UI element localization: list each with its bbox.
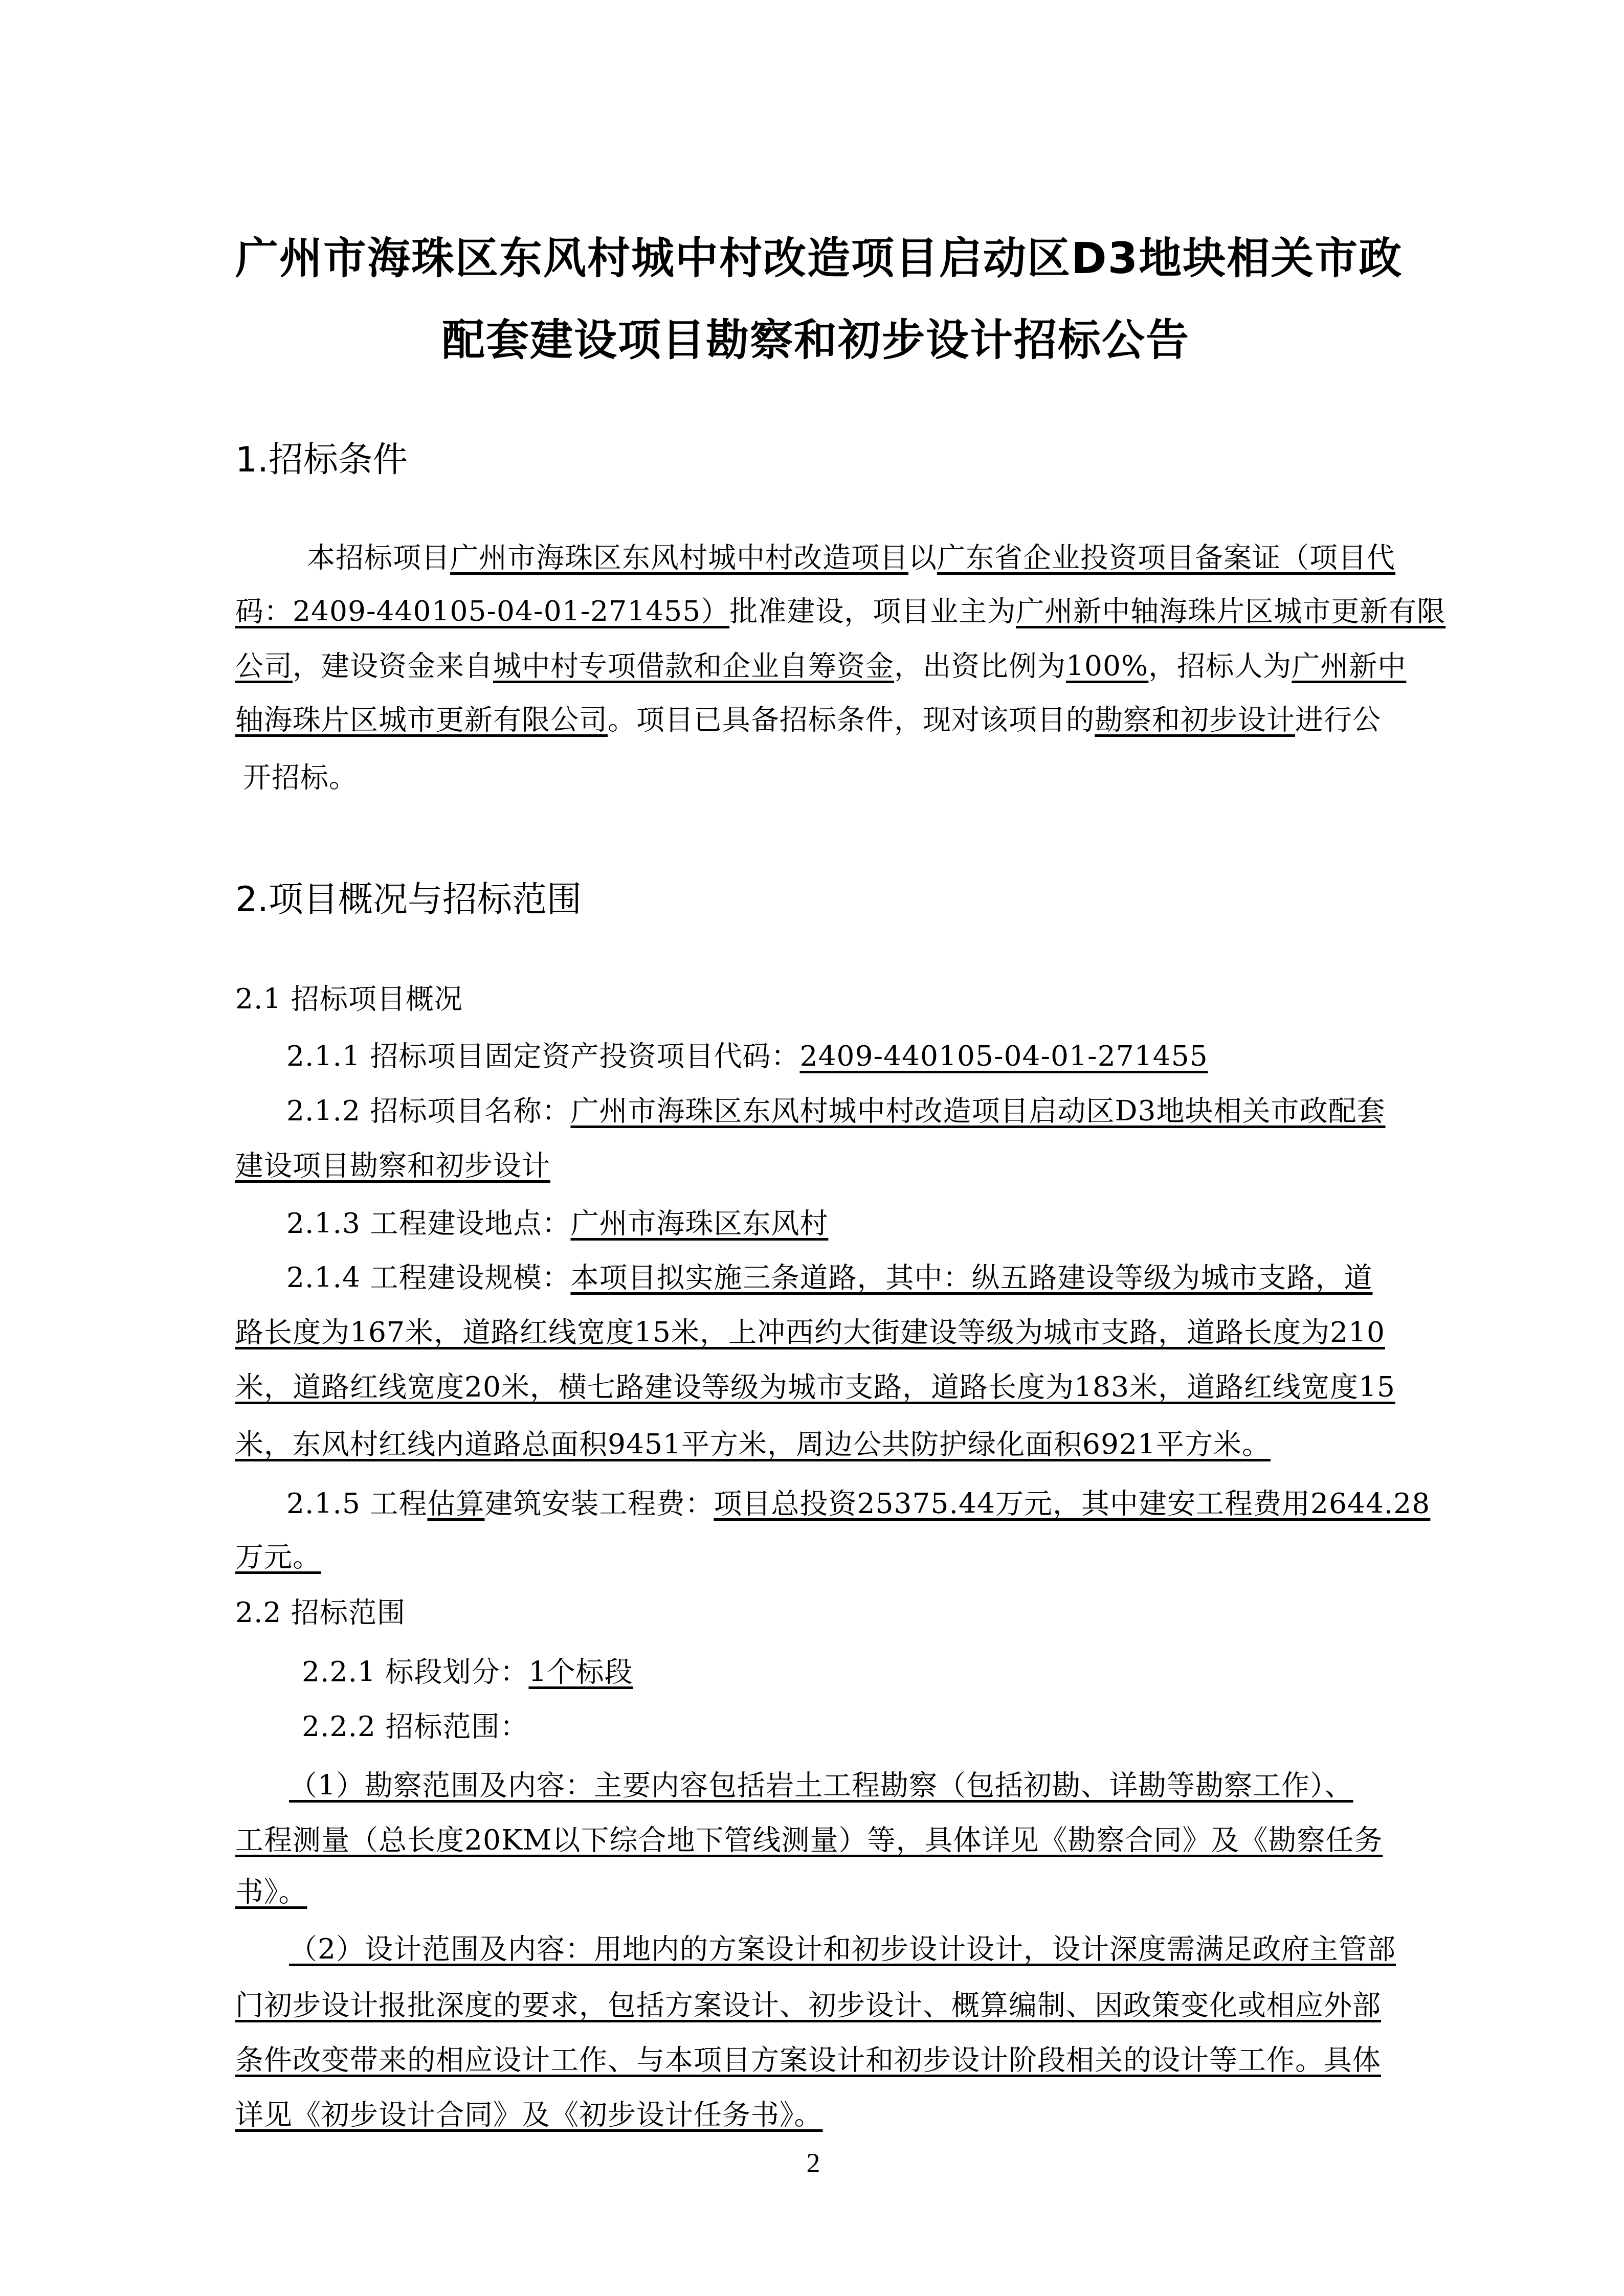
tender-project-name: 建设项目勘察和初步设计 xyxy=(235,1149,550,1182)
survey-scope: 工程测量（总长度20KM以下综合地下管线测量）等，具体详见《勘察合同》及《勘察任… xyxy=(235,1824,1383,1856)
funding-ratio: 100% xyxy=(1066,649,1148,682)
tenderer: 轴海珠片区城市更新有限公司 xyxy=(235,703,608,736)
paragraph-line: 公司，建设资金来自城中村专项借款和企业自筹资金，出资比例为100%，招标人为广州… xyxy=(235,645,1396,686)
design-scope-line: 条件改变带来的相应设计工作、与本项目方案设计和初步设计阶段相关的设计等工作。具体 xyxy=(235,2039,1396,2080)
item-2-1-4-continued: 米，道路红线宽度20米，横七路建设等级为城市支路，道路长度为183米，道路红线宽… xyxy=(235,1366,1396,1407)
item-label: 建筑安装工程费： xyxy=(484,1487,714,1520)
survey-scope-line: 工程测量（总长度20KM以下综合地下管线测量）等，具体详见《勘察合同》及《勘察任… xyxy=(235,1819,1396,1860)
construction-scale: 路长度为167米，道路红线宽度15米，上冲西约大街建设等级为城市支路，道路长度为… xyxy=(235,1316,1385,1348)
section-1-heading: 1.招标条件 xyxy=(235,437,408,483)
section-2-heading: 2.项目概况与招标范围 xyxy=(235,877,582,923)
paragraph-line: 码：2409-440105-04-01-271455）批准建设，项目业主为广州新… xyxy=(235,591,1396,632)
page-number: 2 xyxy=(798,2145,829,2181)
survey-scope-line: （1）勘察范围及内容：主要内容包括岩土工程勘察（包括初勘、详勘等勘察工作）、 xyxy=(289,1765,1384,1806)
design-scope-line: （2）设计范围及内容：用地内的方案设计和初步设计设计，设计深度需满足政府主管部 xyxy=(289,1928,1396,1969)
paragraph-line: 本招标项目广州市海珠区东风村城中村改造项目以广东省企业投资项目备案证（项目代 xyxy=(307,537,1396,578)
project-name: 广州市海珠区东风村城中村改造项目 xyxy=(450,541,908,574)
item-2-1-3: 2.1.3 工程建设地点：广州市海珠区东风村 xyxy=(286,1203,1448,1244)
design-scope: 详见《初步设计合同》及《初步设计任务书》。 xyxy=(235,2098,823,2131)
approval-document: 广东省企业投资项目备案证（项目代 xyxy=(937,541,1395,574)
item-label: 2.1.3 工程建设地点： xyxy=(286,1207,570,1240)
item-label: 2.1.4 工程建设规模： xyxy=(286,1261,570,1294)
text: 。项目已具备招标条件，现对该项目的 xyxy=(608,703,1095,736)
project-code: 码：2409-440105-04-01-271455） xyxy=(235,595,729,627)
survey-scope: 书》。 xyxy=(235,1875,307,1908)
tender-scope: 勘察和初步设计 xyxy=(1095,703,1295,736)
tender-project-name: 广州市海珠区东风村城中村改造项目启动区D3地块相关市政配套 xyxy=(570,1094,1385,1127)
text: 批准建设，项目业主为 xyxy=(729,595,1016,627)
item-label: 2.1.5 工程 xyxy=(286,1487,427,1520)
text: ，招标人为 xyxy=(1148,649,1292,682)
item-2-1-2: 2.1.2 招标项目名称：广州市海珠区东风村城中村改造项目启动区D3地块相关市政… xyxy=(286,1090,1448,1131)
item-2-1-4: 2.1.4 工程建设规模：本项目拟实施三条道路，其中：纵五路建设等级为城市支路，… xyxy=(286,1257,1448,1298)
construction-location: 广州市海珠区东风村 xyxy=(570,1207,828,1240)
document-title-line-1: 广州市海珠区东风村城中村改造项目启动区D3地块相关市政 xyxy=(235,230,1396,286)
construction-scale: 米，东风村红线内道路总面积9451平方米，周边公共防护绿化面积6921平方米。 xyxy=(235,1428,1271,1460)
design-scope-line: 详见《初步设计合同》及《初步设计任务书》。 xyxy=(235,2094,1396,2135)
item-2-1-5: 2.1.5 工程估算建筑安装工程费：项目总投资25375.44万元，其中建安工程… xyxy=(286,1483,1448,1524)
item-label: 2.2.1 标段划分： xyxy=(302,1655,528,1688)
item-2-1-4-continued: 路长度为167米，道路红线宽度15米，上冲西约大街建设等级为城市支路，道路长度为… xyxy=(235,1312,1396,1353)
item-2-1-1: 2.1.1 招标项目固定资产投资项目代码：2409-440105-04-01-2… xyxy=(286,1036,1448,1076)
survey-scope: （1）勘察范围及内容：主要内容包括岩土工程勘察（包括初勘、详勘等勘察工作）、 xyxy=(289,1769,1353,1802)
estimated-cost: 项目总投资25375.44万元，其中建安工程费用2644.28 xyxy=(714,1487,1430,1520)
subsection-2-2-heading: 2.2 招标范围 xyxy=(235,1592,1396,1633)
text: 本招标项目 xyxy=(307,541,450,574)
item-label: 2.1.2 招标项目名称： xyxy=(286,1094,570,1127)
paragraph-line: 轴海珠片区城市更新有限公司。项目已具备招标条件，现对该项目的勘察和初步设计进行公 xyxy=(235,699,1396,740)
design-scope: （2）设计范围及内容：用地内的方案设计和初步设计设计，设计深度需满足政府主管部 xyxy=(289,1932,1396,1965)
design-scope: 条件改变带来的相应设计工作、与本项目方案设计和初步设计阶段相关的设计等工作。具体 xyxy=(235,2043,1381,2076)
project-owner: 公司 xyxy=(235,649,293,682)
investment-project-code: 2409-440105-04-01-271455 xyxy=(799,1040,1208,1072)
subsection-2-1-heading: 2.1 招标项目概况 xyxy=(235,978,1396,1019)
item-label: 2.1.1 招标项目固定资产投资项目代码： xyxy=(286,1040,799,1072)
item-2-2-1: 2.2.1 标段划分：1个标段 xyxy=(302,1651,1463,1692)
document-page: 广州市海珠区东风村城中村改造项目启动区D3地块相关市政 配套建设项目勘察和初步设… xyxy=(0,0,1624,2296)
document-title-line-2: 配套建设项目勘察和初步设计招标公告 xyxy=(235,312,1396,368)
item-label: 估算 xyxy=(427,1487,484,1520)
tenderer: 广州新中 xyxy=(1292,649,1406,682)
paragraph-line: 开招标。 xyxy=(243,757,1404,798)
item-2-1-4-continued: 米，东风村红线内道路总面积9451平方米，周边公共防护绿化面积6921平方米。 xyxy=(235,1424,1396,1465)
item-2-1-2-continued: 建设项目勘察和初步设计 xyxy=(235,1145,1396,1186)
text: ，出资比例为 xyxy=(894,649,1066,682)
survey-scope-line: 书》。 xyxy=(235,1871,1396,1912)
item-2-2-2: 2.2.2 招标范围： xyxy=(302,1706,1463,1747)
construction-scale: 本项目拟实施三条道路，其中：纵五路建设等级为城市支路，道 xyxy=(570,1261,1372,1294)
construction-scale: 米，道路红线宽度20米，横七路建设等级为城市支路，道路长度为183米，道路红线宽… xyxy=(235,1370,1395,1403)
estimated-cost: 万元。 xyxy=(235,1540,321,1573)
design-scope: 门初步设计报批深度的要求，包括方案设计、初步设计、概算编制、因政策变化或相应外部 xyxy=(235,1989,1381,2021)
funding-source: 城中村专项借款和企业自筹资金 xyxy=(493,649,894,682)
design-scope-line: 门初步设计报批深度的要求，包括方案设计、初步设计、概算编制、因政策变化或相应外部 xyxy=(235,1985,1396,2025)
bid-section-count: 1个标段 xyxy=(528,1655,633,1688)
text: 进行公 xyxy=(1295,703,1381,736)
project-owner: 广州新中轴海珠片区城市更新有限 xyxy=(1016,595,1445,627)
item-2-1-5-continued: 万元。 xyxy=(235,1536,1396,1577)
text: ，建设资金来自 xyxy=(293,649,493,682)
text: 以 xyxy=(908,541,937,574)
